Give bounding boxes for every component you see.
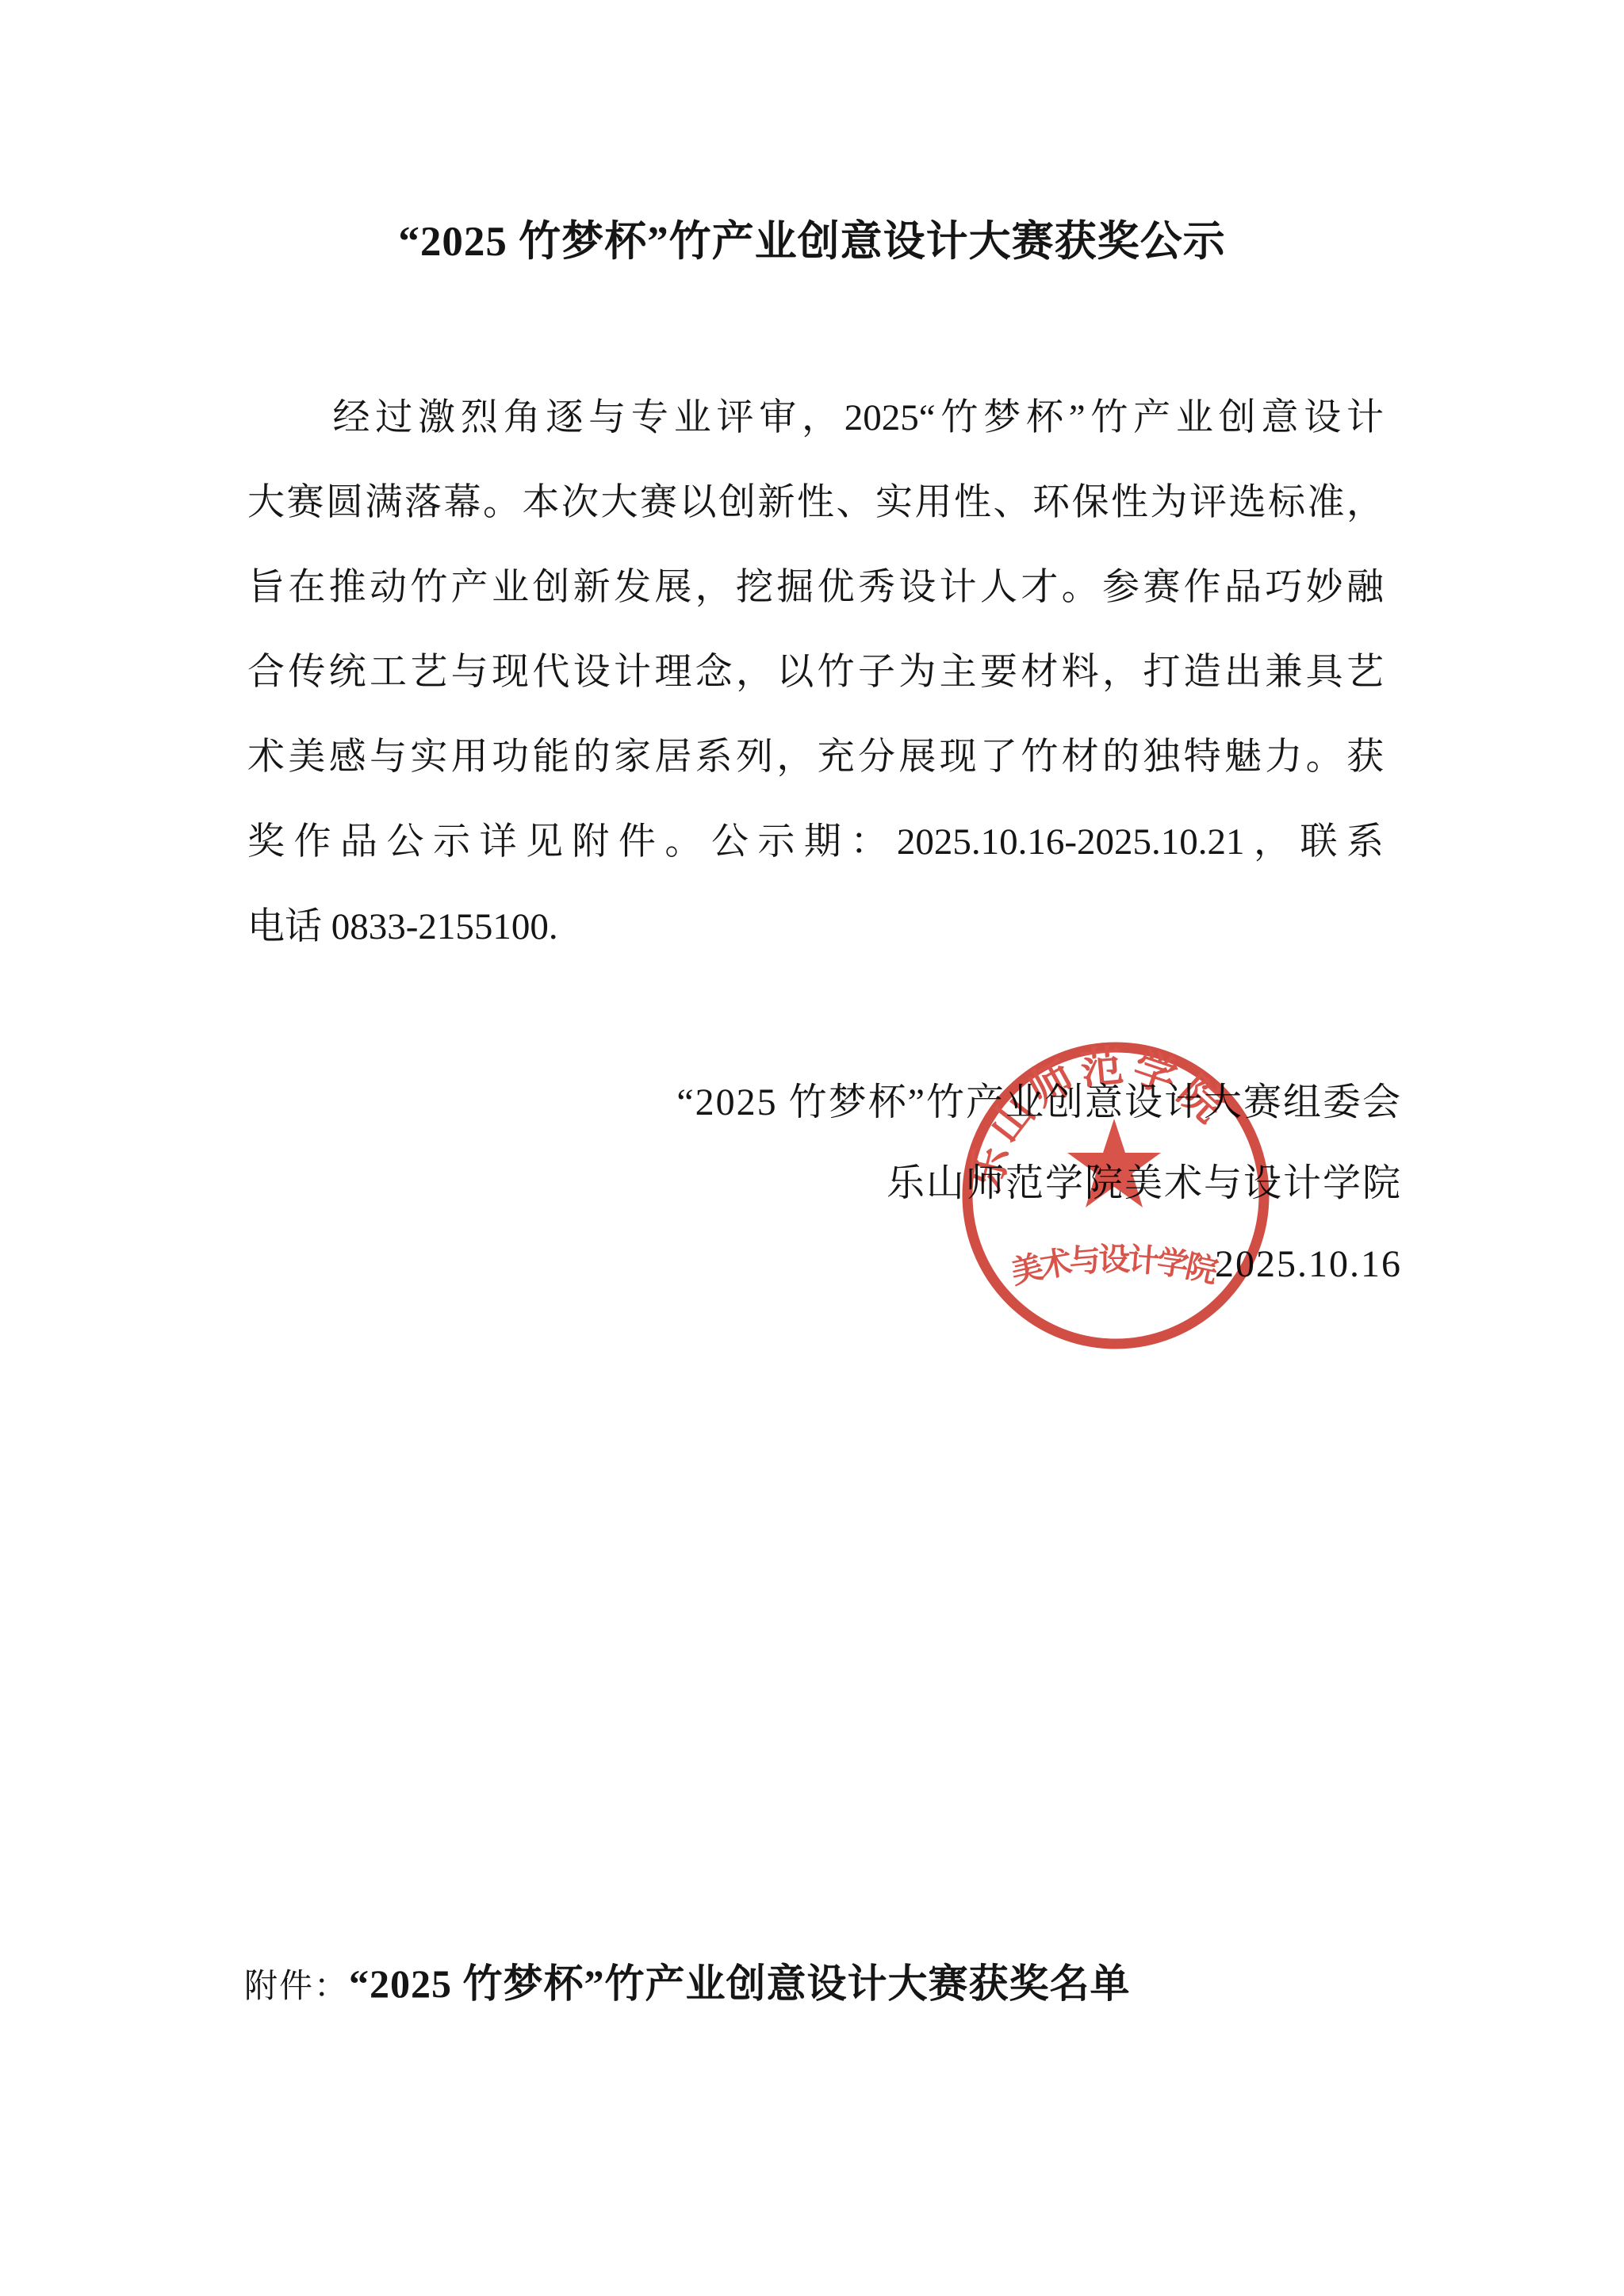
body-line-4: 合传统工艺与现代设计理念，以竹子为主要材料，打造出兼具艺: [247, 630, 1384, 715]
official-seal: 乐山师范学院 美术与设计学院: [949, 1029, 1282, 1362]
attachment-line: 附件：“2025 竹梦杯”竹产业创意设计大赛获奖名单: [244, 1952, 1131, 2009]
attachment-label: 附件：: [244, 1969, 349, 2005]
attachment-name: “2025 竹梦杯”竹产业创意设计大赛获奖名单: [349, 1961, 1131, 2006]
document-page: “2025 竹梦杯”竹产业创意设计大赛获奖公示 经过激烈角逐与专业评审，2025…: [0, 0, 1624, 2296]
body-line-6: 奖作品公示详见附件。公示期：2025.10.16-2025.10.21，联系: [247, 800, 1384, 885]
body-line-2: 大赛圆满落幕。本次大赛以创新性、实用性、环保性为评选标准，: [247, 461, 1384, 545]
body-line-5: 术美感与实用功能的家居系列，充分展现了竹材的独特魅力。获: [247, 715, 1384, 800]
document-title: “2025 竹梦杯”竹产业创意设计大赛获奖公示: [0, 208, 1624, 268]
seal-banner-text: 美术与设计学院: [1008, 1242, 1221, 1291]
body-line-7: 电话 0833-2155100.: [247, 885, 1384, 970]
body-line-3: 旨在推动竹产业创新发展，挖掘优秀设计人才。参赛作品巧妙融: [247, 545, 1384, 630]
body-line-1: 经过激烈角逐与专业评审，2025“竹梦杯”竹产业创意设计: [247, 376, 1384, 461]
seal-star-icon: [1067, 1119, 1161, 1207]
body-paragraph: 经过激烈角逐与专业评审，2025“竹梦杯”竹产业创意设计 大赛圆满落幕。本次大赛…: [247, 376, 1384, 970]
